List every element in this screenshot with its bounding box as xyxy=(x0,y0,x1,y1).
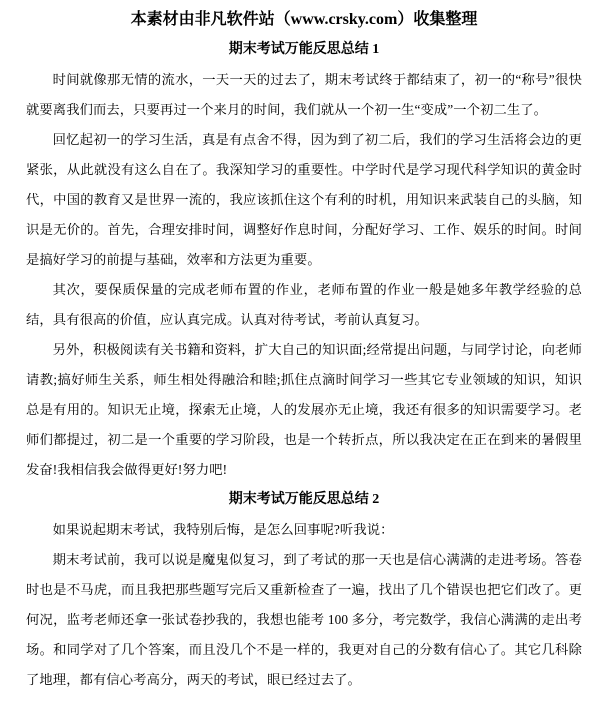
section-1-paragraph-4: 另外，积极阅读有关书籍和资料，扩大自己的知识面;经常提出问题，与同学讨论，向老师… xyxy=(26,335,582,485)
document-source-title: 本素材由非凡软件站（www.crsky.com）收集整理 xyxy=(26,5,582,35)
section-1-paragraph-3: 其次，要保质保量的完成老师布置的作业，老师布置的作业一般是她多年教学经验的总结，… xyxy=(26,275,582,335)
section-reflection-2: 期末考试万能反思总结 2 如果说起期末考试，我特别后悔，是怎么回事呢?听我说： … xyxy=(26,485,582,695)
section-2-paragraph-1: 如果说起期末考试，我特别后悔，是怎么回事呢?听我说： xyxy=(26,515,582,545)
section-2-paragraph-2: 期末考试前，我可以说是魔鬼似复习，到了考试的那一天也是信心满满的走进考场。答卷时… xyxy=(26,545,582,695)
section-reflection-1: 期末考试万能反思总结 1 时间就像那无情的流水，一天一天的过去了，期末考试终于都… xyxy=(26,35,582,485)
section-1-heading: 期末考试万能反思总结 1 xyxy=(26,35,582,65)
document-page: 本素材由非凡软件站（www.crsky.com）收集整理 期末考试万能反思总结 … xyxy=(0,0,608,722)
section-1-paragraph-2: 回忆起初一的学习生活，真是有点舍不得，因为到了初二后，我们的学习生活将会边的更紧… xyxy=(26,125,582,275)
section-1-paragraph-1: 时间就像那无情的流水，一天一天的过去了，期末考试终于都结束了，初一的“称号”很快… xyxy=(26,65,582,125)
section-2-heading: 期末考试万能反思总结 2 xyxy=(26,485,582,515)
